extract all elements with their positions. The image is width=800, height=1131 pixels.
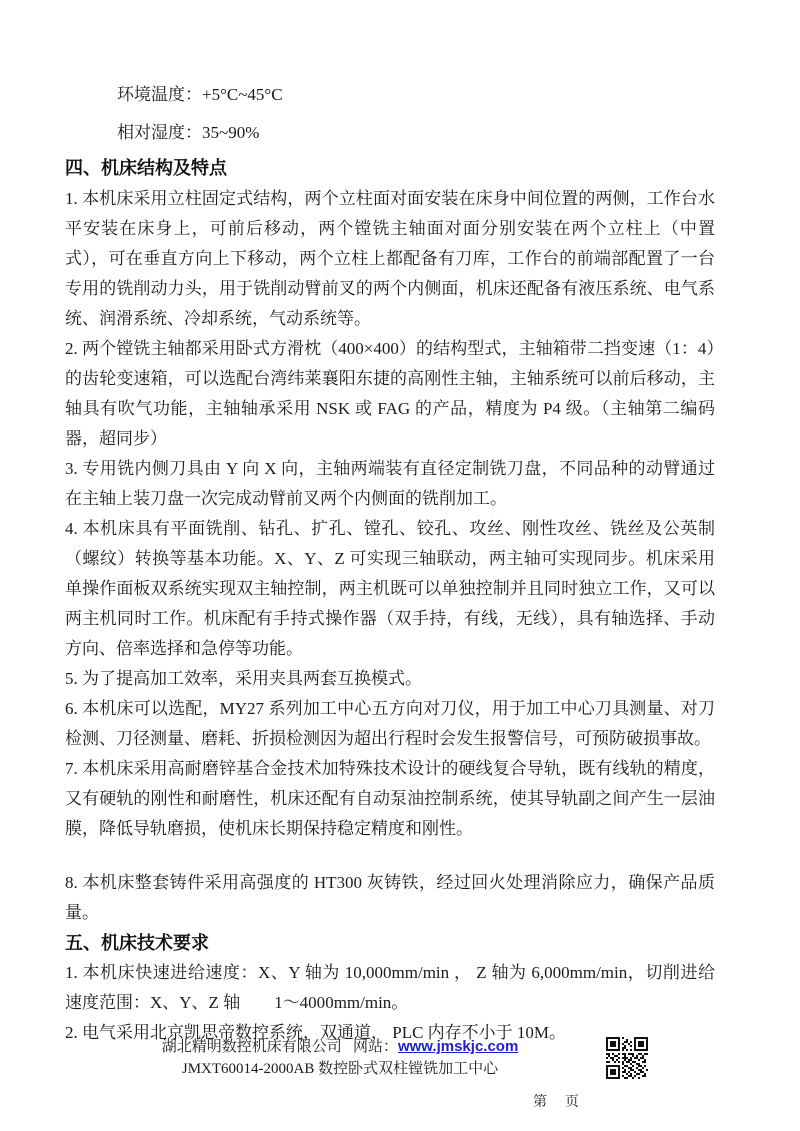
body-paragraph-5-1: 1. 本机床快速进给速度：X、Y 轴为 10,000mm/min ， Z 轴为 … — [65, 958, 715, 1018]
spec-line-humidity: 相对湿度：35~90% — [65, 114, 715, 152]
page-footer: 湖北精明数控机床有限公司 网站：www.jmskjc.com JMXT60014… — [100, 1036, 580, 1080]
qr-code — [606, 1037, 648, 1079]
body-paragraph-4-6: 6. 本机床可以选配，MY27 系列加工中心五方向对刀仪，用于加工中心刀具测量、… — [65, 694, 715, 754]
body-paragraph-4-8: 8. 本机床整套铸件采用高强度的 HT300 灰铸铁，经过回火处理消除应力，确保… — [65, 868, 715, 928]
spec-line-temperature: 环境温度：+5°C~45°C — [65, 76, 715, 114]
website-link[interactable]: www.jmskjc.com — [398, 1038, 518, 1055]
body-paragraph-4-7: 7. 本机床采用高耐磨锌基合金技术加特殊技术设计的硬线复合导轨，既有线轨的精度，… — [65, 754, 715, 844]
body-paragraph-4-1: 1. 本机床采用立柱固定式结构，两个立柱面对面安装在床身中间位置的两侧，工作台水… — [65, 184, 715, 334]
footer-product-line: JMXT60014-2000AB 数控卧式双柱镗铣加工中心 — [100, 1058, 580, 1080]
body-paragraph-4-3: 3. 专用铣内侧刀具由 Y 向 X 向，主轴两端装有直径定制铣刀盘，不同品种的动… — [65, 454, 715, 514]
section-4-heading: 四、机床结构及特点 — [65, 152, 715, 184]
footer-company: 湖北精明数控机床有限公司 — [162, 1039, 342, 1055]
document-page: 环境温度：+5°C~45°C 相对湿度：35~90% 四、机床结构及特点 1. … — [0, 0, 800, 1131]
footer-company-line: 湖北精明数控机床有限公司 网站：www.jmskjc.com — [100, 1036, 580, 1058]
footer-site-label: 网站： — [342, 1039, 398, 1055]
body-paragraph-4-2: 2. 两个镗铣主轴都采用卧式方滑枕（400×400）的结构型式，主轴箱带二挡变速… — [65, 334, 715, 454]
body-paragraph-4-4: 4. 本机床具有平面铣削、钻孔、扩孔、镗孔、铰孔、攻丝、刚性攻丝、铣丝及公英制（… — [65, 514, 715, 664]
page-number: 第 页 — [533, 1091, 581, 1111]
body-paragraph-4-5: 5. 为了提高加工效率，采用夹具两套互换模式。 — [65, 664, 715, 694]
section-5-heading: 五、机床技术要求 — [65, 928, 715, 958]
document-body: 环境温度：+5°C~45°C 相对湿度：35~90% 四、机床结构及特点 1. … — [0, 0, 800, 1048]
